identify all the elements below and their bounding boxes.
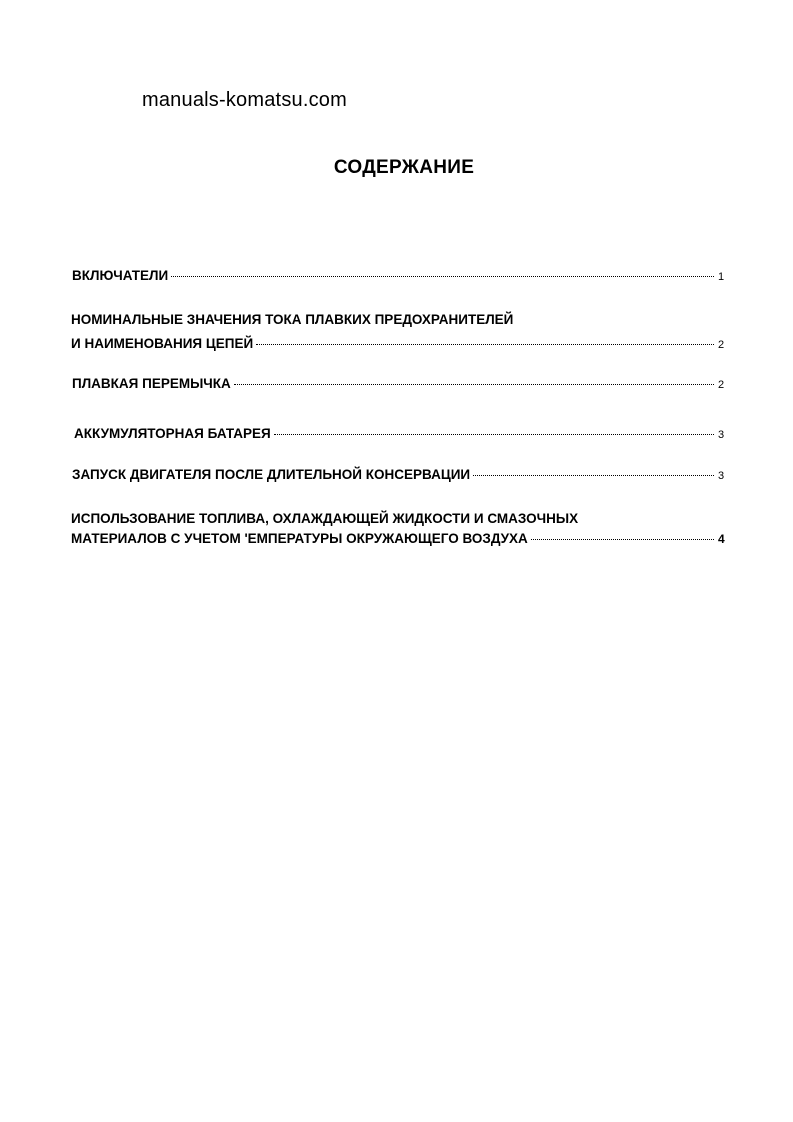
toc-page-number: 1 — [718, 269, 728, 285]
page-title: СОДЕРЖАНИЕ — [0, 157, 793, 179]
toc-entry-title-continued: МАТЕРИАЛОВ С УЧЕТОМ 'ЕМПЕРАТУРЫ ОКРУЖАЮЩ… — [71, 531, 528, 547]
dot-leader — [274, 434, 714, 435]
toc-line: МАТЕРИАЛОВ С УЧЕТОМ 'ЕМПЕРАТУРЫ ОКРУЖАЮЩ… — [71, 531, 728, 547]
dot-leader — [531, 539, 714, 540]
toc-page-number: 2 — [718, 377, 728, 393]
toc-line: ЗАПУСК ДВИГАТЕЛЯ ПОСЛЕ ДЛИТЕЛЬНОЙ КОНСЕР… — [72, 467, 728, 484]
dot-leader — [256, 344, 714, 345]
toc-entry-title: ПЛАВКАЯ ПЕРЕМЫЧКА — [72, 376, 231, 392]
toc-entry-title: ЗАПУСК ДВИГАТЕЛЯ ПОСЛЕ ДЛИТЕЛЬНОЙ КОНСЕР… — [72, 467, 470, 483]
toc-line: АККУМУЛЯТОРНАЯ БАТАРЕЯ 3 — [74, 426, 728, 443]
dot-leader — [473, 475, 714, 476]
toc-line: НОМИНАЛЬНЫЕ ЗНАЧЕНИЯ ТОКА ПЛАВКИХ ПРЕДОХ… — [71, 312, 513, 328]
toc-entry-title: АККУМУЛЯТОРНАЯ БАТАРЕЯ — [74, 426, 271, 442]
toc-line: ИСПОЛЬЗОВАНИЕ ТОПЛИВА, ОХЛАЖДАЮЩЕЙ ЖИДКО… — [71, 511, 578, 527]
dot-leader — [234, 384, 714, 385]
toc-entry-title: НОМИНАЛЬНЫЕ ЗНАЧЕНИЯ ТОКА ПЛАВКИХ ПРЕДОХ… — [71, 312, 513, 328]
dot-leader — [171, 276, 714, 277]
toc-page-number: 3 — [718, 468, 728, 484]
toc-page-number: 3 — [718, 427, 728, 443]
toc-line: ПЛАВКАЯ ПЕРЕМЫЧКА 2 — [72, 376, 728, 393]
toc-entry-title: ВКЛЮЧАТЕЛИ — [72, 268, 168, 284]
toc-page-number: 2 — [718, 337, 728, 353]
toc-page-number: 4 — [718, 531, 728, 547]
watermark-text: manuals-komatsu.com — [142, 89, 347, 112]
toc-line: И НАИМЕНОВАНИЯ ЦЕПЕЙ 2 — [71, 336, 728, 353]
toc-entry-title: ИСПОЛЬЗОВАНИЕ ТОПЛИВА, ОХЛАЖДАЮЩЕЙ ЖИДКО… — [71, 511, 578, 527]
toc-entry-title-continued: И НАИМЕНОВАНИЯ ЦЕПЕЙ — [71, 336, 253, 352]
toc-line: ВКЛЮЧАТЕЛИ 1 — [72, 268, 728, 285]
